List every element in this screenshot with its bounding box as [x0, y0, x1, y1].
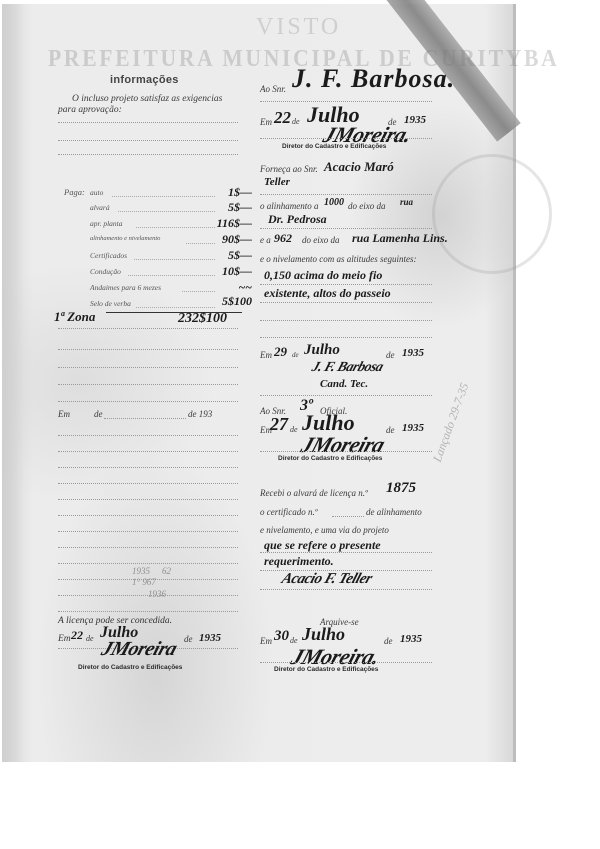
total-label: 1ª Zona — [54, 309, 95, 325]
fee-label: Certificados — [90, 251, 127, 260]
fee-row-alvara: alvará 5$— — [90, 203, 270, 215]
blank-date-de: de — [94, 409, 103, 419]
date-year: 1935 — [402, 347, 424, 359]
divider — [58, 367, 238, 368]
divider — [58, 435, 238, 436]
director-title: Diretor do Cadastro e Edificações — [274, 666, 378, 673]
divider — [260, 337, 432, 338]
licence-date-day: 22 — [71, 628, 83, 643]
divider — [260, 451, 432, 452]
divider — [58, 328, 238, 329]
addressee-name: J. F. Barbosa. — [292, 64, 455, 94]
date-de2: de — [386, 350, 395, 360]
divider — [58, 140, 238, 141]
divider — [260, 228, 432, 229]
divider — [260, 320, 432, 321]
distance-value-2: 962 — [274, 231, 292, 246]
eixo-label-1: do eixo da — [348, 201, 386, 211]
fee-row-aprovacao-planta: apr. planta 116$— — [90, 219, 270, 231]
alvara-number: 1875 — [386, 480, 416, 497]
divider — [58, 349, 238, 350]
fee-value: ~~ — [238, 280, 252, 295]
divider — [58, 547, 238, 548]
fee-label: alvará — [90, 203, 110, 212]
certificado-label: o certificado n.º — [260, 507, 318, 517]
date-month: Julho — [302, 624, 345, 645]
fee-value: 10$— — [222, 264, 252, 279]
divider — [58, 467, 238, 468]
pencil-calc-3: 1° 967 — [132, 577, 156, 587]
total-value: 232$100 — [178, 311, 227, 327]
licence-date-de2: de — [184, 634, 193, 644]
section-title-informacoes: informações — [110, 74, 179, 86]
date-blank-line — [104, 418, 186, 419]
fee-label: apr. planta — [90, 219, 123, 228]
divider — [58, 531, 238, 532]
street-1-name: Dr. Pedrosa — [268, 212, 327, 227]
date-day: 27 — [270, 414, 288, 435]
divider — [58, 563, 238, 564]
director-title: Diretor do Cadastro e Edificações — [282, 143, 386, 150]
licence-signature: JMoreira — [98, 638, 179, 661]
fee-value: 1$— — [228, 185, 252, 200]
divider — [58, 483, 238, 484]
divider — [58, 515, 238, 516]
divider — [260, 138, 432, 139]
licence-date-em: Em — [58, 634, 71, 644]
pencil-calc-4: 1936 — [148, 589, 166, 599]
alinhamento-value: 1000 — [324, 197, 344, 208]
applicant-name-line-2: Teller — [264, 176, 290, 188]
certificado-suffix: de alinhamento — [366, 507, 422, 517]
divider — [58, 499, 238, 500]
technician-signature: J. F. Barbosa — [309, 360, 384, 376]
fee-row-alinhamento: alinhamento e nivelamento 90$— — [90, 235, 270, 247]
recipient-signature: Acacio F. Teller — [279, 571, 374, 588]
blank-date-em: Em — [58, 409, 70, 419]
divider — [260, 194, 432, 195]
fee-row-conducao: Condução 10$— — [90, 267, 270, 279]
nivelamento-via-label: e nivelamento, e uma via do projeto — [260, 525, 389, 535]
divider — [58, 611, 238, 612]
applicant-name-line-1: Acacio Maró — [324, 159, 394, 175]
street-1-prefix: rua — [400, 197, 413, 207]
date-em: Em — [260, 636, 272, 646]
eixo-label-2: do eixo da — [302, 235, 340, 245]
date-de: de — [292, 117, 300, 126]
paga-label: Paga: — [64, 187, 85, 197]
intro-line-2: para aprovação: — [58, 105, 122, 115]
recebi-label: Recebi o alvará de licença n.º — [260, 488, 368, 498]
receipt-note-line-2: requerimento. — [264, 554, 334, 569]
fee-label: auto — [90, 188, 103, 197]
page-shadow-left — [2, 4, 24, 762]
divider — [58, 401, 238, 402]
fee-row-selo-verba: Selo de verba 5$100 — [90, 299, 270, 311]
certificado-blank-line — [332, 516, 364, 517]
street-2-name: rua Lamenha Lins. — [352, 231, 448, 246]
date-day: 22 — [274, 108, 291, 128]
divider — [260, 552, 432, 553]
divider — [58, 122, 238, 123]
faded-stamp — [432, 154, 552, 274]
licence-signer-title: Diretor do Cadastro e Edificações — [78, 664, 182, 671]
fee-row-auto: auto 1$— — [90, 188, 270, 200]
fee-label: Andaimes para 6 mezes — [90, 283, 161, 292]
forneca-label: Forneça ao Snr. — [260, 164, 318, 174]
divider — [58, 154, 238, 155]
fee-row-certificados: Certificados 5$— — [90, 251, 270, 263]
divider — [260, 570, 432, 571]
date-em: Em — [260, 350, 272, 360]
date-day: 30 — [274, 628, 289, 645]
altitude-line-2: existente, altos do passeio — [264, 286, 391, 301]
date-de2: de — [384, 636, 393, 646]
alinhamento-label: o alinhamento a — [260, 201, 319, 211]
ao-snr-label: Ao Snr. — [260, 84, 286, 94]
fee-value: 5$— — [228, 248, 252, 263]
divider — [260, 589, 432, 590]
scanned-document-page: VISTO PREFEITURA MUNICIPAL DE CURITYBA i… — [2, 4, 516, 762]
pencil-calc-2: 62 — [162, 566, 171, 576]
date-year: 1935 — [400, 633, 422, 645]
receipt-note-line-1: que se refere o presente — [264, 538, 381, 553]
pencil-calc-1: 1935 — [132, 566, 150, 576]
licence-date-year: 1935 — [199, 632, 221, 644]
divider — [58, 384, 238, 385]
fee-label: alinhamento e nivelamento — [90, 235, 160, 242]
fee-value: 5$— — [228, 200, 252, 215]
nivelamento-label: e o nivelamento com as altitudes seguint… — [260, 254, 416, 264]
date-month: Julho — [304, 342, 340, 359]
intro-line-1: O incluso projeto satisfaz as exigencias — [72, 94, 222, 104]
date-de: de — [290, 425, 298, 434]
ghost-visto-text: VISTO — [256, 14, 341, 41]
divider — [260, 302, 432, 303]
date-em: Em — [260, 117, 272, 127]
date-de: de — [292, 351, 299, 359]
technician-role: Cand. Tec. — [320, 378, 368, 390]
licence-date-de: de — [86, 634, 94, 643]
altitude-line-1: 0,150 acima do meio fio — [264, 268, 382, 283]
divider — [260, 284, 432, 285]
fee-value: 116$— — [217, 216, 252, 231]
divider — [58, 451, 238, 452]
divider — [260, 662, 432, 663]
divider — [260, 395, 432, 396]
date-day: 29 — [274, 344, 287, 360]
fee-label: Condução — [90, 267, 121, 276]
director-title: Diretor do Cadastro e Edificações — [278, 455, 382, 462]
fee-value: 5$100 — [222, 294, 252, 309]
fee-label: Selo de verba — [90, 299, 131, 308]
fee-value: 90$— — [222, 232, 252, 247]
date-year: 1935 — [402, 422, 424, 434]
e-a-label: e a — [260, 235, 271, 245]
blank-date-year: de 193 — [188, 409, 212, 419]
